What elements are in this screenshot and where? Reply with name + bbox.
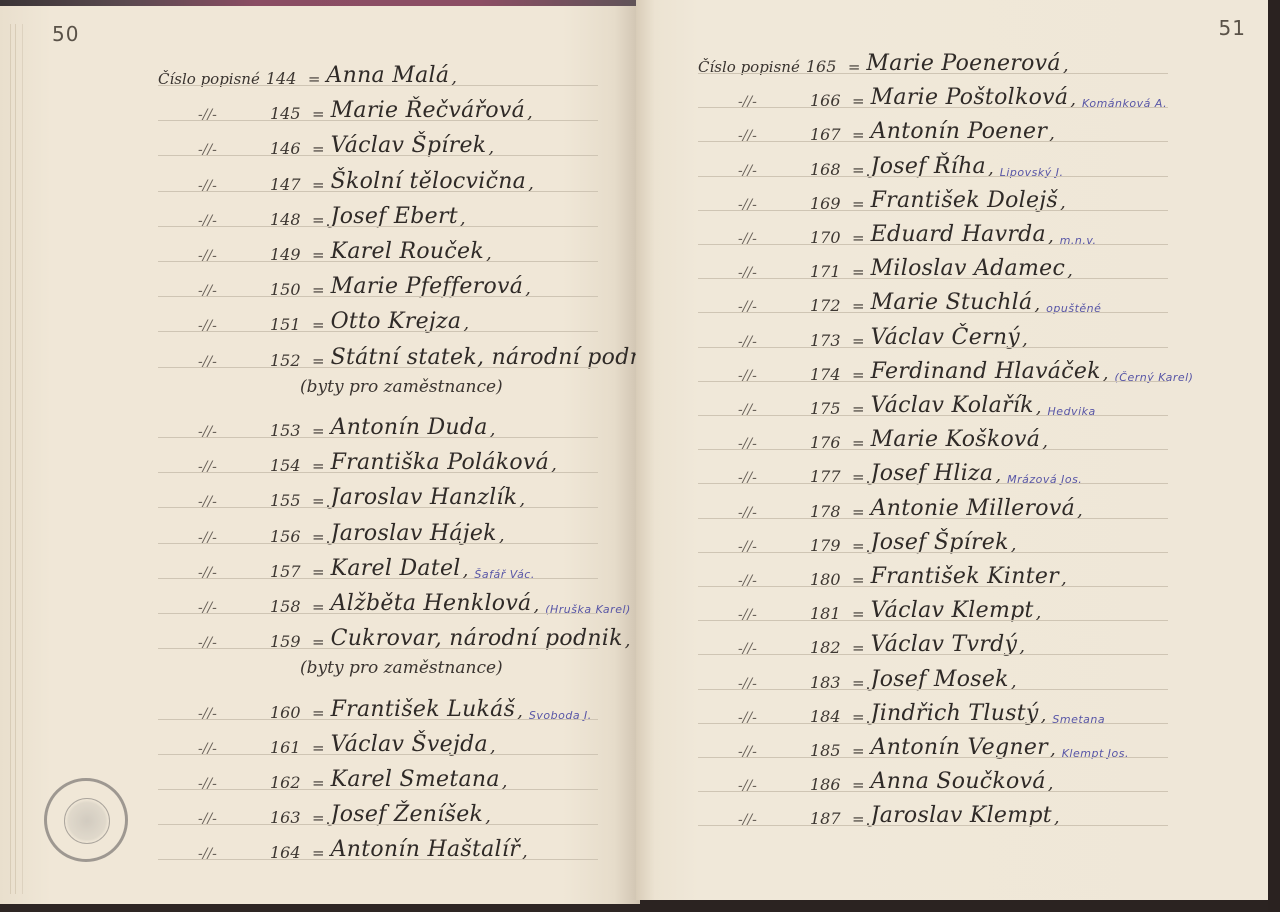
register-entry: Číslo popisné144=Anna Malá, [158,56,457,88]
register-entry: -//-181=Václav Klempt, [698,591,1041,623]
official-stamp [44,778,128,862]
register-entry: -//-149=Karel Rouček, [158,232,492,264]
register-entry: -//-170=Eduard Havrda,m.n.v. [698,215,1096,247]
entry-subline: (byty pro zaměstnance) [300,377,503,397]
register-entry: -//-167=Antonín Poener, [698,112,1055,144]
ruled-line [158,367,598,368]
ruled-line [698,791,1168,792]
register-entry: -//-184=Jindřich Tlustý,Smetana [698,694,1105,726]
pencil-annotation: Mrázová Jos. [1007,473,1082,486]
register-entry: -//-156=Jaroslav Hájek, [158,514,505,546]
register-entry: -//-155=Jaroslav Hanzlík, [158,478,525,510]
ruled-line [698,757,1168,758]
register-entry: -//-151=Otto Krejza, [158,302,469,334]
register-entry: -//-169=František Dolejš, [698,181,1066,213]
register-entry: -//-145=Marie Řečvářová, [158,91,533,123]
stamp-emblem-icon [64,798,110,844]
register-entry: -//-177=Josef Hliza,Mrázová Jos. [698,454,1082,486]
ruled-line [698,415,1168,416]
ruled-line [698,689,1168,690]
register-entry: Číslo popisné165=Marie Poenerová, [698,44,1069,76]
register-entry: -//-162=Karel Smetana, [158,760,508,792]
ruled-line [158,824,598,825]
ruled-line [698,483,1168,484]
register-entry: -//-175=Václav Kolařík,Hedvika [698,386,1096,418]
ruled-line [158,296,598,297]
register-entry: -//-146=Václav Špírek, [158,126,494,158]
ruled-line [698,518,1168,519]
ruled-line [158,648,598,649]
ruled-line [158,472,598,473]
register-entry: -//-163=Josef Ženíšek, [158,795,491,827]
register-entry: -//-176=Marie Košková, [698,420,1048,452]
register-entry: -//-171=Miloslav Adamec, [698,249,1073,281]
ruled-line [698,278,1168,279]
ruled-line [158,155,598,156]
register-entry: -//-172=Marie Stuchlá,opuštěné [698,283,1101,315]
ruled-line [158,613,598,614]
pencil-annotation: Svoboda J. [529,709,592,722]
pencil-annotation: Kománková A. [1082,97,1167,110]
book-cover-right-edge [1268,0,1280,912]
ruled-line [158,226,598,227]
register-entry: -//-186=Anna Součková, [698,762,1053,794]
ruled-line [158,789,598,790]
ruled-line [698,654,1168,655]
pencil-annotation: Smetana [1052,713,1105,726]
ruled-line [158,261,598,262]
register-entry: -//-179=Josef Špírek, [698,523,1016,555]
ruled-line [698,244,1168,245]
pencil-annotation: m.n.v. [1060,234,1097,247]
register-entry: -//-178=Antonie Millerová, [698,489,1083,521]
ruled-line [158,543,598,544]
right-page: 51 Číslo popisné165=Marie Poenerová,-//-… [636,0,1268,900]
register-entry: -//-187=Jaroslav Klempt, [698,796,1060,828]
ruled-line [698,312,1168,313]
ruled-line [698,552,1168,553]
comma: , [625,630,631,651]
ruled-line [158,719,598,720]
ruled-line [158,859,598,860]
ruled-line [158,754,598,755]
register-entry: -//-173=Václav Černý, [698,318,1028,350]
register-entry: -//-182=Václav Tvrdý, [698,625,1025,657]
ruled-line [158,191,598,192]
ruled-line [158,85,598,86]
ruled-line [698,107,1168,108]
ruled-line [698,449,1168,450]
register-entry: -//-150=Marie Pfefferová, [158,267,531,299]
pencil-annotation: (Černý Karel) [1115,371,1194,384]
ruled-line [698,381,1168,382]
register-entry: -//-157=Karel Datel,Šafář Vác. [158,549,535,581]
ruled-line [698,620,1168,621]
ruled-line [158,331,598,332]
ruled-line [698,210,1168,211]
register-entry: -//-147=Školní tělocvična, [158,162,534,194]
register-entry: -//-160=František Lukáš,Svoboda J. [158,690,592,722]
pencil-annotation: Klempt Jos. [1062,747,1129,760]
ruled-line [158,578,598,579]
ruled-line [698,347,1168,348]
pencil-annotation: (Hruška Karel) [545,603,631,616]
entry-subline: (byty pro zaměstnance) [300,658,503,678]
register-entry: -//-180=František Kinter, [698,557,1067,589]
register-entry: -//-164=Antonín Haštalíř, [158,830,528,862]
left-page: 50 Číslo popisné144=Anna Malá,-//-145=Ma… [0,6,640,904]
ruled-line [698,176,1168,177]
register-entry: -//-158=Alžběta Henklová,(Hruška Karel) [158,584,631,616]
page-number-left: 50 [52,22,79,46]
pencil-annotation: Šafář Vác. [474,568,534,581]
register-entry: -//-152=Státní statek, národní podnik, [158,338,673,370]
register-entry: -//-166=Marie Poštolková,Kománková A. [698,78,1167,110]
register-entry: -//-183=Josef Mosek, [698,660,1017,692]
pencil-annotation: opuštěné [1046,302,1101,315]
ruled-line [698,825,1168,826]
ruled-line [158,437,598,438]
ruled-line [158,507,598,508]
ruled-line [698,141,1168,142]
ruled-line [698,723,1168,724]
ruled-line [158,120,598,121]
ruled-line [698,73,1168,74]
register-entry: -//-168=Josef Říha,Lipovský J. [698,147,1063,179]
ruled-line [698,586,1168,587]
pencil-annotation: Lipovský J. [1000,166,1064,179]
register-entry: -//-185=Antonín Vegner,Klempt Jos. [698,728,1129,760]
page-number-right: 51 [1219,16,1246,40]
register-entry: -//-148=Josef Ebert, [158,197,466,229]
register-entry: -//-174=Ferdinand Hlaváček,(Černý Karel) [698,352,1193,384]
register-entry: -//-161=Václav Švejda, [158,725,496,757]
register-entry: -//-159=Cukrovar, národní podnik, [158,619,631,651]
pencil-annotation: Hedvika [1048,405,1096,418]
register-entry: -//-154=Františka Poláková, [158,443,557,475]
register-entry: -//-153=Antonín Duda, [158,408,495,440]
